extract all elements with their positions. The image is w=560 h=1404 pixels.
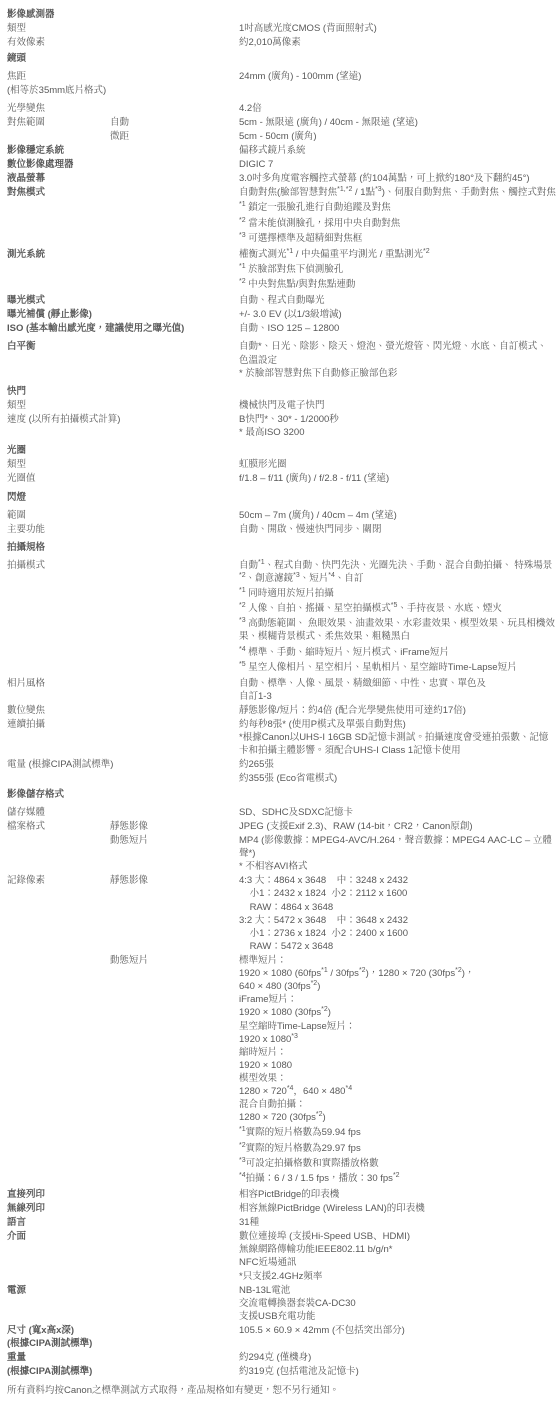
spec-row: 連續拍攝約每秒8張* (使用P模式及單張自動對焦)*根據Canon以UHS-I … <box>7 718 556 757</box>
spec-value-cell: 靜態影像/短片：約4倍 (配合光學變焦使用可達約17倍) <box>239 704 556 717</box>
spec-label: 介面 <box>7 1230 239 1243</box>
spec-label-cell: 對焦模式 <box>7 186 239 199</box>
spec-value-line: 支援USB充電功能 <box>239 1310 556 1323</box>
spec-value-cell: 4.2倍 <box>239 102 556 115</box>
spec-value-line: * 不相容AVI格式 <box>239 860 556 873</box>
spec-value-line: MP4 (影像數據：MPEG4-AVC/H.264，聲音數據：MPEG4 AAC… <box>239 834 556 860</box>
spec-value-line: 相容無線PictBridge (Wireless LAN)的印表機 <box>239 1202 556 1215</box>
spec-value-line: 自動、開啟、慢速快門同步、關閉 <box>239 523 556 536</box>
spec-value-cell: 105.5 × 60.9 × 42mm (不包括突出部分) <box>239 1324 556 1337</box>
spec-row: 有效像素約2,010萬像素 <box>7 36 556 49</box>
spec-value-cell: SD、SDHC及SDXC記憶卡 <box>239 806 556 819</box>
spec-label-cell: 類型 <box>7 458 239 471</box>
spec-value-cell: 相容PictBridge的印表機 <box>239 1188 556 1201</box>
spec-row: (根據CIPA測試標準)約319克 (包括電池及記憶卡) <box>7 1365 556 1378</box>
spec-row: 光圈值f/1.8 – f/11 (廣角) / f/2.8 - f/11 (望遠) <box>7 472 556 485</box>
spec-label: 鏡頭 <box>7 52 239 65</box>
spec-label: 液晶螢幕 <box>7 172 239 185</box>
spec-value-line: JPEG (支援Exif 2.3)、RAW (14-bit，CR2，Canon原… <box>239 820 556 833</box>
spec-label: 相片風格 <box>7 677 239 690</box>
spec-row: 曝光補償 (靜止影像)+/- 3.0 EV (以1/3級增減) <box>7 308 556 321</box>
spec-value-cell: 權衡式測光*1 / 中央偏重平均測光 / 重點測光*2*1 於臉部對焦下偵測臉孔… <box>239 248 556 293</box>
spec-value-line: *3 高動態範圍、 魚眼效果、油畫效果、水彩畫效果、模型效果、玩具相機效果、模糊… <box>239 617 556 643</box>
spec-value-line: *4拍攝：6 / 3 / 1.5 fps，播放：30 fps*2 <box>239 1172 556 1185</box>
spec-value-line: 1吋高感光度CMOS (背面照射式) <box>239 22 556 35</box>
spec-value-cell: 自動、程式自動曝光 <box>239 294 556 307</box>
spec-label: 光圈 <box>7 444 239 457</box>
spec-label-cell: 介面 <box>7 1230 239 1243</box>
spec-label: 光圈值 <box>7 472 239 485</box>
spec-label-cell: (根據CIPA測試標準) <box>7 1365 239 1378</box>
spec-row: 白平衡自動*、日光、陰影、陰天、燈泡、螢光燈管、閃光燈、水底、自訂模式、色溫設定… <box>7 340 556 379</box>
spec-value-cell: 5cm - 無限遠 (廣角) / 40cm - 無限遠 (望遠) <box>239 116 556 129</box>
spec-value-line: B快門*、30* - 1/2000秒 <box>239 413 556 426</box>
spec-value-cell: 5cm - 50cm (廣角) <box>239 130 556 143</box>
spec-label: 類型 <box>7 399 239 412</box>
spec-row: 重量約294克 (僅機身) <box>7 1351 556 1364</box>
spec-label-cell: 微距 <box>7 130 239 143</box>
spec-label-cell: 電量 (根據CIPA測試標準) <box>7 758 239 771</box>
spec-label-cell: 焦距(相等於35mm底片格式) <box>7 70 239 96</box>
spec-value-line: 5cm - 50cm (廣角) <box>239 130 556 143</box>
spec-label-cell: 數位變焦 <box>7 704 239 717</box>
spec-label: 拍攝模式 <box>7 559 239 572</box>
spec-value-line: 約每秒8張* (使用P模式及單張自動對焦) <box>239 718 556 731</box>
spec-label: 主要功能 <box>7 523 239 536</box>
spec-label: 數位影像處理器 <box>7 158 239 171</box>
spec-row: 類型1吋高感光度CMOS (背面照射式) <box>7 22 556 35</box>
spec-label-cell: 類型 <box>7 22 239 35</box>
spec-value-line: 4:3 大：4864 x 3648 中：3248 x 2432 <box>239 874 556 887</box>
spec-value-line: *3可設定拍攝格數和實際播放格數 <box>239 1157 556 1170</box>
spec-value-cell: JPEG (支援Exif 2.3)、RAW (14-bit，CR2，Canon原… <box>239 820 556 833</box>
spec-value-cell: 約265張約355張 (Eco省電模式) <box>239 758 556 784</box>
spec-label-cell: 重量 <box>7 1351 239 1364</box>
spec-value-cell: 31種 <box>239 1216 556 1229</box>
spec-label-cell: 有效像素 <box>7 36 239 49</box>
spec-value-line: 權衡式測光*1 / 中央偏重平均測光 / 重點測光*2 <box>239 248 556 261</box>
spec-value-line: 相容PictBridge的印表機 <box>239 1188 556 1201</box>
spec-label: 直接列印 <box>7 1188 239 1201</box>
spec-value-line: *2 中央對焦點/與對焦點連動 <box>239 278 556 291</box>
spec-value-line: *2 當未能偵測臉孔，採用中央自動對焦 <box>239 217 556 230</box>
spec-row: 速度 (以所有拍攝模式計算)B快門*、30* - 1/2000秒* 最高ISO … <box>7 413 556 439</box>
spec-row: 對焦模式自動對焦(臉部智慧對焦*1,*2 / 1點*3)、伺服自動對焦、手動對焦… <box>7 186 556 246</box>
spec-row: 相片風格自動、標準、人像、風景、精緻細節、中性、忠實、單色及自訂1-3 <box>7 677 556 703</box>
spec-label-cell: 拍攝規格 <box>7 541 239 554</box>
spec-value-line: 50cm – 7m (廣角) / 40cm – 4m (望遠) <box>239 509 556 522</box>
spec-value-cell: 自動*1、程式自動、快門先決、光圈先決、手動、混合自動拍攝、 特殊場景*2、創意… <box>239 559 556 676</box>
spec-value-line: 偏移式鏡片系統 <box>239 144 556 157</box>
spec-row: 檔案格式靜態影像JPEG (支援Exif 2.3)、RAW (14-bit，CR… <box>7 820 556 833</box>
spec-value-line: 1280 × 720*4，640 × 480*4 <box>239 1085 556 1098</box>
spec-label: 數位變焦 <box>7 704 239 717</box>
spec-value-cell: 偏移式鏡片系統 <box>239 144 556 157</box>
spec-value-line: 自動、標準、人像、風景、精緻細節、中性、忠實、單色及 <box>239 677 556 690</box>
spec-label: 速度 (以所有拍攝模式計算) <box>7 413 239 426</box>
spec-label-cell: 檔案格式靜態影像 <box>7 820 239 833</box>
spec-label: 拍攝規格 <box>7 541 239 554</box>
spec-value-line: 1920 × 1080 (60fps*1 / 30fps*2)，1280 × 7… <box>239 967 556 980</box>
spec-value-line: 約265張 <box>239 758 556 771</box>
spec-value-line: 31種 <box>239 1216 556 1229</box>
spec-label-cell: 光圈 <box>7 444 239 457</box>
spec-label-cell: 速度 (以所有拍攝模式計算) <box>7 413 239 426</box>
spec-row: 範圍50cm – 7m (廣角) / 40cm – 4m (望遠) <box>7 509 556 522</box>
spec-value-line: *2 人像、自拍、搖攝、星空拍攝模式*5、手持夜景、水底、煙火 <box>239 602 556 615</box>
spec-label-cell: 語言 <box>7 1216 239 1229</box>
spec-value-line: 交流電轉換器套裝CA-DC30 <box>239 1297 556 1310</box>
spec-row: 記錄像素靜態影像4:3 大：4864 x 3648 中：3248 x 2432 … <box>7 874 556 953</box>
spec-label: 語言 <box>7 1216 239 1229</box>
spec-value-line: 105.5 × 60.9 × 42mm (不包括突出部分) <box>239 1324 556 1337</box>
spec-row: ISO (基本輸出感光度，建議使用之曝光值)自動、ISO 125 – 12800 <box>7 322 556 335</box>
spec-value-cell: 自動*、日光、陰影、陰天、燈泡、螢光燈管、閃光燈、水底、自訂模式、色溫設定* 於… <box>239 340 556 379</box>
spec-value-line: *5 星空人像相片、星空相片、星軌相片、星空縮時Time-Lapse短片 <box>239 661 556 674</box>
spec-value-cell: 24mm (廣角) - 100mm (望遠) <box>239 70 556 83</box>
spec-row: 電源NB-13L電池交流電轉換器套裝CA-DC30支援USB充電功能 <box>7 1284 556 1323</box>
spec-label-cell: 拍攝模式 <box>7 559 239 572</box>
spec-value-cell: 自動對焦(臉部智慧對焦*1,*2 / 1點*3)、伺服自動對焦、手動對焦、觸控式… <box>239 186 556 246</box>
spec-value-line: 約355張 (Eco省電模式) <box>239 772 556 785</box>
spec-value-line: 1920 × 1080 (30fps*2) <box>239 1006 556 1019</box>
spec-value-cell: 50cm – 7m (廣角) / 40cm – 4m (望遠) <box>239 509 556 522</box>
spec-value-line: 靜態影像/短片：約4倍 (配合光學變焦使用可達約17倍) <box>239 704 556 717</box>
spec-value-cell: 約294克 (僅機身) <box>239 1351 556 1364</box>
spec-value-line: * 最高ISO 3200 <box>239 426 556 439</box>
spec-value-line: 小1：2736 x 1824 小2：2400 x 1600 <box>239 927 556 940</box>
spec-label-cell: 光圈值 <box>7 472 239 485</box>
spec-label-cell: 曝光模式 <box>7 294 239 307</box>
spec-row: 影像感測器 <box>7 8 556 21</box>
spec-label: 重量 <box>7 1351 239 1364</box>
spec-row: 介面數位連接埠 (支援Hi-Speed USB、HDMI)無線網路傳輸功能IEE… <box>7 1230 556 1282</box>
spec-label-cell: 鏡頭 <box>7 52 239 65</box>
spec-value-line: 24mm (廣角) - 100mm (望遠) <box>239 70 556 83</box>
spec-value-line: 自動、ISO 125 – 12800 <box>239 322 556 335</box>
spec-row: 微距5cm - 50cm (廣角) <box>7 130 556 143</box>
spec-label: 白平衡 <box>7 340 239 353</box>
spec-label-secondary: (相等於35mm底片格式) <box>7 84 239 97</box>
spec-label: 記錄像素 <box>7 874 110 887</box>
spec-row: 無線列印相容無線PictBridge (Wireless LAN)的印表機 <box>7 1202 556 1215</box>
spec-value-cell: 機械快門及電子快門 <box>239 399 556 412</box>
spec-label-cell: 直接列印 <box>7 1188 239 1201</box>
spec-value-line: *2實際的短片格數為29.97 fps <box>239 1142 556 1155</box>
spec-label-cell: 閃燈 <box>7 491 239 504</box>
spec-value-line: iFrame短片： <box>239 993 556 1006</box>
spec-label-cell: ISO (基本輸出感光度，建議使用之曝光值) <box>7 322 239 335</box>
spec-value-line: 數位連接埠 (支援Hi-Speed USB、HDMI) <box>239 1230 556 1243</box>
spec-label: 儲存媒體 <box>7 806 239 819</box>
spec-value-line: 模型效果： <box>239 1072 556 1085</box>
spec-value-line: NB-13L電池 <box>239 1284 556 1297</box>
spec-row: 液晶螢幕3.0吋多角度電容觸控式螢幕 (約104萬點，可上掀約180°及下翻約4… <box>7 172 556 185</box>
spec-value-cell: 相容無線PictBridge (Wireless LAN)的印表機 <box>239 1202 556 1215</box>
spec-row: 曝光模式自動、程式自動曝光 <box>7 294 556 307</box>
spec-label-cell: 曝光補償 (靜止影像) <box>7 308 239 321</box>
spec-value-line: 640 × 480 (30fps*2) <box>239 980 556 993</box>
spec-label: 曝光模式 <box>7 294 239 307</box>
spec-value-line: 自訂1-3 <box>239 690 556 703</box>
spec-row: 儲存媒體SD、SDHC及SDXC記憶卡 <box>7 806 556 819</box>
spec-row: 數位影像處理器DIGIC 7 <box>7 158 556 171</box>
spec-value-line: *1 同時適用於短片拍攝 <box>239 587 556 600</box>
spec-value-line: 約319克 (包括電池及記憶卡) <box>239 1365 556 1378</box>
spec-value-line: 混合自動拍攝： <box>239 1098 556 1111</box>
spec-label: 閃燈 <box>7 491 239 504</box>
spec-row: 對焦範圍自動5cm - 無限遠 (廣角) / 40cm - 無限遠 (望遠) <box>7 116 556 129</box>
spec-value-cell: MP4 (影像數據：MPEG4-AVC/H.264，聲音數據：MPEG4 AAC… <box>239 834 556 873</box>
spec-value-line: *只支援2.4GHz頻率 <box>239 1270 556 1283</box>
spec-row: 動態短片標準短片：1920 × 1080 (60fps*1 / 30fps*2)… <box>7 954 556 1187</box>
spec-label: 無線列印 <box>7 1202 239 1215</box>
spec-label: 快門 <box>7 385 239 398</box>
spec-value-line: 機械快門及電子快門 <box>239 399 556 412</box>
spec-label: 對焦模式 <box>7 186 239 199</box>
spec-value-line: SD、SDHC及SDXC記憶卡 <box>239 806 556 819</box>
spec-label: 影像感測器 <box>7 8 239 21</box>
spec-value-line: *1 於臉部對焦下偵測臉孔 <box>239 263 556 276</box>
spec-value-line: 3:2 大：5472 x 3648 中：3648 x 2432 <box>239 914 556 927</box>
spec-label-cell: 光學變焦 <box>7 102 239 115</box>
spec-label-cell: 白平衡 <box>7 340 239 353</box>
spec-label: 檔案格式 <box>7 820 110 833</box>
spec-value-line: 自動*1、程式自動、快門先決、光圈先決、手動、混合自動拍攝、 特殊場景*2、創意… <box>239 559 556 585</box>
spec-row: 影像儲存格式 <box>7 788 556 801</box>
spec-label-cell: 範圍 <box>7 509 239 522</box>
spec-label-cell: 類型 <box>7 399 239 412</box>
spec-sublabel: 微距 <box>110 130 239 143</box>
spec-label: 有效像素 <box>7 36 239 49</box>
spec-label-cell: 影像穩定系統 <box>7 144 239 157</box>
spec-label: 曝光補償 (靜止影像) <box>7 308 239 321</box>
spec-label: 電源 <box>7 1284 239 1297</box>
spec-label: 電量 (根據CIPA測試標準) <box>7 758 239 771</box>
spec-value-cell: 約每秒8張* (使用P模式及單張自動對焦)*根據Canon以UHS-I 16GB… <box>239 718 556 757</box>
spec-label-cell: 尺寸 (寬x高x深)(根據CIPA測試標準) <box>7 1324 239 1350</box>
spec-row: 主要功能自動、開啟、慢速快門同步、關閉 <box>7 523 556 536</box>
spec-value-line: *1 鎖定一張臉孔進行自動追蹤及對焦 <box>239 201 556 214</box>
spec-sublabel: 靜態影像 <box>110 820 239 833</box>
spec-row: 光學變焦4.2倍 <box>7 102 556 115</box>
spec-value-line: *3 可選擇標準及超精細對焦框 <box>239 232 556 245</box>
spec-label-cell: 儲存媒體 <box>7 806 239 819</box>
spec-row: 語言31種 <box>7 1216 556 1229</box>
spec-value-line: 1280 × 720 (30fps*2) <box>239 1111 556 1124</box>
spec-value-cell: f/1.8 – f/11 (廣角) / f/2.8 - f/11 (望遠) <box>239 472 556 485</box>
spec-value-line: *4 標準、手動、縮時短片、短片模式、iFrame短片 <box>239 646 556 659</box>
spec-label: 測光系統 <box>7 248 239 261</box>
footer-note: 所有資料均按Canon之標準測試方式取得，產品規格如有變更，恕不另行通知。 <box>0 1381 560 1403</box>
spec-value-cell: 自動、ISO 125 – 12800 <box>239 322 556 335</box>
spec-value-cell: 4:3 大：4864 x 3648 中：3248 x 2432 小1：2432 … <box>239 874 556 953</box>
spec-value-line: 5cm - 無限遠 (廣角) / 40cm - 無限遠 (望遠) <box>239 116 556 129</box>
spec-row: 動態短片MP4 (影像數據：MPEG4-AVC/H.264，聲音數據：MPEG4… <box>7 834 556 873</box>
spec-value-line: 1920 x 1080*3 <box>239 1033 556 1046</box>
spec-label: 類型 <box>7 458 239 471</box>
spec-value-cell: 自動、開啟、慢速快門同步、關閉 <box>239 523 556 536</box>
spec-value-line: *根據Canon以UHS-I 16GB SD記憶卡測試。拍攝速度會受連拍張數、記… <box>239 731 556 757</box>
spec-row: 尺寸 (寬x高x深)(根據CIPA測試標準)105.5 × 60.9 × 42m… <box>7 1324 556 1350</box>
spec-value-line: 縮時短片： <box>239 1046 556 1059</box>
spec-value-line: NFC近場通訊 <box>239 1256 556 1269</box>
spec-row: 快門 <box>7 385 556 398</box>
spec-value-line: 小1：2432 x 1824 小2：2112 x 1600 <box>239 887 556 900</box>
spec-value-cell: 1吋高感光度CMOS (背面照射式) <box>239 22 556 35</box>
spec-label-cell: 電源 <box>7 1284 239 1297</box>
spec-label-cell: 動態短片 <box>7 954 239 967</box>
spec-value-line: *1實際的短片格數為59.94 fps <box>239 1126 556 1139</box>
spec-value-line: * 於臉部智慧對焦下自動修正臉部色彩 <box>239 367 556 380</box>
spec-sublabel: 自動 <box>110 116 239 129</box>
spec-row: 類型虹膜形光圈 <box>7 458 556 471</box>
spec-label-cell: 影像儲存格式 <box>7 788 239 801</box>
spec-value-line: 自動對焦(臉部智慧對焦*1,*2 / 1點*3)、伺服自動對焦、手動對焦、觸控式… <box>239 186 556 199</box>
spec-label: 範圍 <box>7 509 239 522</box>
spec-label-cell: 記錄像素靜態影像 <box>7 874 239 887</box>
spec-value-cell: DIGIC 7 <box>239 158 556 171</box>
spec-row: 類型機械快門及電子快門 <box>7 399 556 412</box>
spec-label-cell: 液晶螢幕 <box>7 172 239 185</box>
spec-label: 影像穩定系統 <box>7 144 239 157</box>
spec-row: 電量 (根據CIPA測試標準)約265張約355張 (Eco省電模式) <box>7 758 556 784</box>
spec-value-cell: NB-13L電池交流電轉換器套裝CA-DC30支援USB充電功能 <box>239 1284 556 1323</box>
spec-label-cell: 測光系統 <box>7 248 239 261</box>
spec-label-cell: 主要功能 <box>7 523 239 536</box>
spec-value-line: RAW：5472 x 3648 <box>239 940 556 953</box>
spec-label: ISO (基本輸出感光度，建議使用之曝光值) <box>7 322 239 335</box>
spec-value-line: 自動、程式自動曝光 <box>239 294 556 307</box>
spec-label-secondary: (根據CIPA測試標準) <box>7 1337 239 1350</box>
spec-value-line: +/- 3.0 EV (以1/3級增減) <box>239 308 556 321</box>
spec-label-cell: 對焦範圍自動 <box>7 116 239 129</box>
spec-value-line: 約294克 (僅機身) <box>239 1351 556 1364</box>
spec-label-cell: 無線列印 <box>7 1202 239 1215</box>
spec-label-cell: 動態短片 <box>7 834 239 847</box>
spec-row: 拍攝規格 <box>7 541 556 554</box>
spec-value-line: 約2,010萬像素 <box>239 36 556 49</box>
spec-value-line: 星空縮時Time-Lapse短片： <box>239 1020 556 1033</box>
spec-row: 影像穩定系統偏移式鏡片系統 <box>7 144 556 157</box>
spec-value-line: RAW：4864 x 3648 <box>239 901 556 914</box>
spec-label: 類型 <box>7 22 239 35</box>
spec-row: 光圈 <box>7 444 556 457</box>
spec-value-line: 自動*、日光、陰影、陰天、燈泡、螢光燈管、閃光燈、水底、自訂模式、色溫設定 <box>239 340 556 366</box>
spec-label-cell: 數位影像處理器 <box>7 158 239 171</box>
spec-value-cell: 約319克 (包括電池及記憶卡) <box>239 1365 556 1378</box>
spec-label: 光學變焦 <box>7 102 239 115</box>
spec-sublabel: 動態短片 <box>110 834 239 847</box>
spec-label: 焦距 <box>7 70 239 83</box>
spec-label-cell: 快門 <box>7 385 239 398</box>
spec-label-cell: 相片風格 <box>7 677 239 690</box>
spec-value-cell: 約2,010萬像素 <box>239 36 556 49</box>
spec-label-cell: 連續拍攝 <box>7 718 239 731</box>
spec-value-line: 虹膜形光圈 <box>239 458 556 471</box>
spec-value-line: 標準短片： <box>239 954 556 967</box>
spec-row: 數位變焦靜態影像/短片：約4倍 (配合光學變焦使用可達約17倍) <box>7 704 556 717</box>
spec-value-cell: 3.0吋多角度電容觸控式螢幕 (約104萬點，可上掀約180°及下翻約45°) <box>239 172 556 185</box>
spec-label: 尺寸 (寬x高x深) <box>7 1324 239 1337</box>
spec-label-cell: 影像感測器 <box>7 8 239 21</box>
spec-row: 拍攝模式自動*1、程式自動、快門先決、光圈先決、手動、混合自動拍攝、 特殊場景*… <box>7 559 556 676</box>
spec-value-cell: +/- 3.0 EV (以1/3級增減) <box>239 308 556 321</box>
spec-label: 影像儲存格式 <box>7 788 239 801</box>
spec-value-cell: B快門*、30* - 1/2000秒* 最高ISO 3200 <box>239 413 556 439</box>
spec-label: (根據CIPA測試標準) <box>7 1365 239 1378</box>
spec-row: 鏡頭 <box>7 52 556 65</box>
spec-row: 閃燈 <box>7 491 556 504</box>
spec-table: 影像感測器類型1吋高感光度CMOS (背面照射式)有效像素約2,010萬像素鏡頭… <box>0 0 560 1381</box>
spec-label: 對焦範圍 <box>7 116 110 129</box>
spec-value-cell: 標準短片：1920 × 1080 (60fps*1 / 30fps*2)，128… <box>239 954 556 1187</box>
spec-sublabel: 靜態影像 <box>110 874 239 887</box>
spec-value-line: DIGIC 7 <box>239 158 556 171</box>
spec-value-cell: 自動、標準、人像、風景、精緻細節、中性、忠實、單色及自訂1-3 <box>239 677 556 703</box>
spec-value-cell: 數位連接埠 (支援Hi-Speed USB、HDMI)無線網路傳輸功能IEEE8… <box>239 1230 556 1282</box>
spec-sublabel: 動態短片 <box>110 954 239 967</box>
spec-value-line: 無線網路傳輸功能IEEE802.11 b/g/n* <box>239 1243 556 1256</box>
spec-row: 焦距(相等於35mm底片格式)24mm (廣角) - 100mm (望遠) <box>7 70 556 96</box>
spec-value-line: 4.2倍 <box>239 102 556 115</box>
spec-value-line: 3.0吋多角度電容觸控式螢幕 (約104萬點，可上掀約180°及下翻約45°) <box>239 172 556 185</box>
spec-label: 連續拍攝 <box>7 718 239 731</box>
spec-value-line: 1920 × 1080 <box>239 1059 556 1072</box>
spec-row: 直接列印相容PictBridge的印表機 <box>7 1188 556 1201</box>
spec-value-cell: 虹膜形光圈 <box>239 458 556 471</box>
spec-value-line: f/1.8 – f/11 (廣角) / f/2.8 - f/11 (望遠) <box>239 472 556 485</box>
spec-row: 測光系統權衡式測光*1 / 中央偏重平均測光 / 重點測光*2*1 於臉部對焦下… <box>7 248 556 293</box>
